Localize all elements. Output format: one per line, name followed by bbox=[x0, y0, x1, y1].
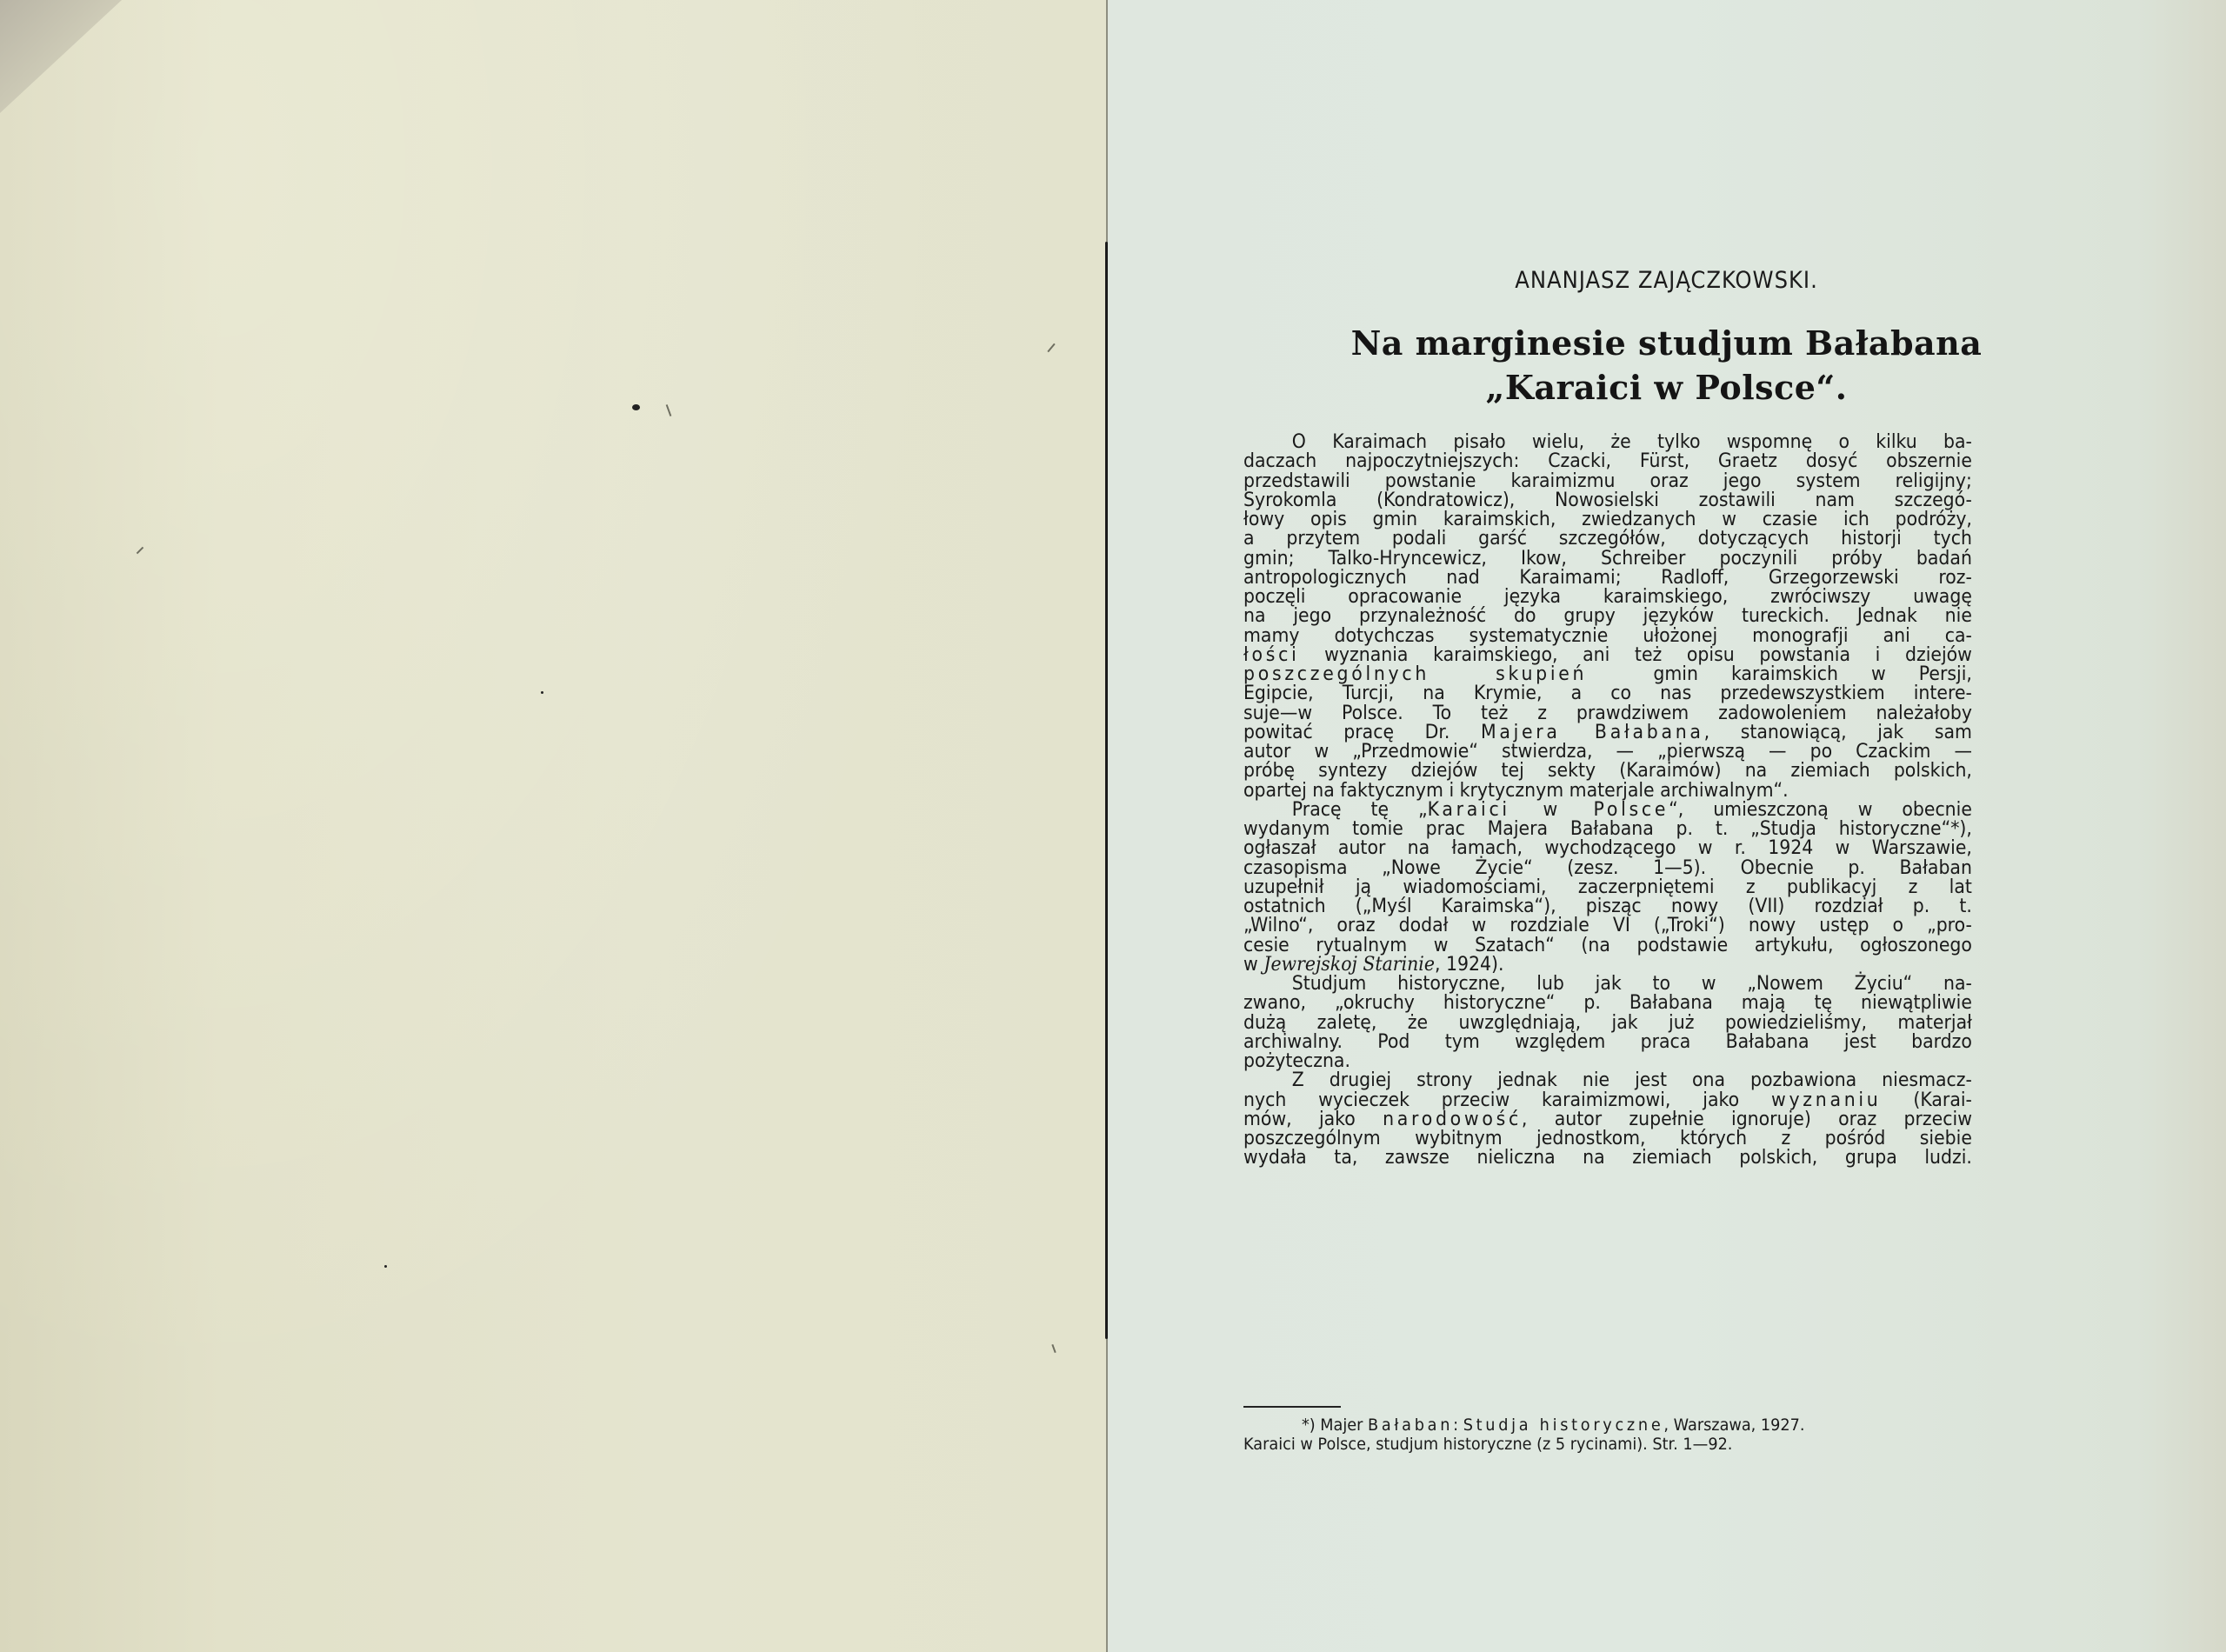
ink-speck bbox=[541, 691, 543, 694]
body-line-rest: , stanowiącą, jak sam bbox=[1704, 722, 1972, 743]
footnote: *) Majer Bałaban: Studja historyczne, Wa… bbox=[1243, 1416, 1921, 1454]
body-line-italic: w Jewrejskoj Starinie, 1924). bbox=[1243, 956, 1972, 975]
body-line-spaced: łości wyznania karaimskiego, ani też opi… bbox=[1243, 646, 1972, 665]
body-line: czasopisma „Nowe Życie“ (zesz. 1—5). Obe… bbox=[1243, 859, 1972, 878]
body-line: antropologicznych nad Karaimami; Radloff… bbox=[1243, 569, 1972, 588]
body-line: ostatnich („Myśl Karaimska“), pisząc now… bbox=[1243, 897, 1972, 916]
footnote-line-1: *) Majer Bałaban: Studja historyczne, Wa… bbox=[1243, 1416, 1921, 1435]
body-line-start: nych wycieczek przeciw karaimizmowi, jak… bbox=[1243, 1089, 1771, 1111]
body-line: na jego przynależność do grupy języków t… bbox=[1243, 607, 1972, 626]
paper-scratch bbox=[137, 547, 143, 554]
footnote-rest: , Warszawa, 1927. bbox=[1663, 1416, 1804, 1435]
body-line: próbę syntezy dziejów tej sekty (Karaimó… bbox=[1243, 762, 1972, 781]
body-line: mamy dotychczas systematycznie ułożonej … bbox=[1243, 627, 1972, 646]
emphasis-spaced: skupień bbox=[1496, 663, 1587, 685]
folded-corner-shadow bbox=[0, 0, 122, 113]
footnote-separator-tail bbox=[1329, 1406, 1334, 1408]
body-line: opartej na faktycznym i krytycznym mater… bbox=[1243, 782, 1972, 801]
body-line: przedstawili powstanie karaimizmu oraz j… bbox=[1243, 472, 1972, 491]
article-title-line-1: Na marginesie studjum Bałabana bbox=[1107, 323, 2226, 363]
body-line: wydała ta, zawsze nieliczna na ziemiach … bbox=[1243, 1149, 1972, 1168]
body-line-spaced: Pracę tę „Karaici w Polsce“, umieszczoną… bbox=[1243, 801, 1972, 820]
emphasis-spaced: Bałaban bbox=[1368, 1416, 1453, 1435]
body-line: poczęli opracowanie języka karaimskiego,… bbox=[1243, 588, 1972, 607]
emphasis-spaced: łości bbox=[1243, 644, 1300, 666]
body-line: wydanym tomie prac Majera Bałabana p. t.… bbox=[1243, 820, 1972, 839]
ink-speck bbox=[632, 404, 640, 410]
italic-title: Jewrejskoj Starinie bbox=[1263, 954, 1435, 976]
footnote-separator bbox=[1243, 1406, 1341, 1408]
paper-scratch bbox=[666, 404, 672, 416]
body-line: autor w „Przedmowie“ stwierdza, — „pierw… bbox=[1243, 743, 1972, 762]
body-line: poszczególnym wybitnym jednostkom, który… bbox=[1243, 1129, 1972, 1149]
body-line: Studjum historyczne, lub jak to w „Nowem… bbox=[1243, 975, 1972, 994]
body-line-spaced: powitać pracę Dr. Majera Bałabana, stano… bbox=[1243, 723, 1972, 743]
body-line: archiwalny. Pod tym względem praca Bałab… bbox=[1243, 1033, 1972, 1052]
body-line-start: w bbox=[1243, 954, 1263, 976]
body-line-rest: , 1924). bbox=[1435, 954, 1504, 976]
article-author: ANANJASZ ZAJĄCZKOWSKI. bbox=[1107, 267, 2226, 294]
footnote-marker: *) Majer bbox=[1302, 1416, 1368, 1435]
body-line-spaced: mów, jako narodowość, autor zupełnie ign… bbox=[1243, 1110, 1972, 1129]
body-line: daczach najpoczytniejszych: Czacki, Fürs… bbox=[1243, 452, 1972, 471]
body-line-rest: (Karai- bbox=[1881, 1089, 1971, 1111]
body-line-rest: “, umieszczoną w obecnie bbox=[1669, 799, 1972, 821]
body-line: a przytem podali garść szczegółów, dotyc… bbox=[1243, 530, 1972, 549]
body-line-rest: , autor zupełnie ignoruje) oraz przeciw bbox=[1522, 1109, 1972, 1130]
left-page-blank bbox=[0, 0, 1107, 1652]
body-line-start: powitać pracę Dr. bbox=[1243, 722, 1481, 743]
body-line-start: Pracę tę „ bbox=[1292, 799, 1428, 821]
body-line: pożyteczna. bbox=[1243, 1052, 1972, 1071]
body-line: Z drugiej strony jednak nie jest ona poz… bbox=[1243, 1071, 1972, 1090]
body-line: dużą zaletę, że uwzględniają, jak już po… bbox=[1243, 1014, 1972, 1033]
body-line: ogłaszał autor na łamach, wychodzącego w… bbox=[1243, 839, 1972, 858]
body-line: O Karaimach pisało wielu, że tylko wspom… bbox=[1243, 433, 1972, 452]
body-line-spaced: poszczególnych skupień gmin karaimskich … bbox=[1243, 665, 1972, 684]
emphasis-spaced: wyznaniu bbox=[1771, 1089, 1881, 1111]
body-line: zwano, „okruchy historyczne“ p. Bałabana… bbox=[1243, 994, 1972, 1013]
body-line-spaced: nych wycieczek przeciw karaimizmowi, jak… bbox=[1243, 1091, 1972, 1110]
body-line: Syrokomla (Kondratowicz), Nowosielski zo… bbox=[1243, 491, 1972, 510]
body-line: cesie rytualnym w Szatach“ (na podstawie… bbox=[1243, 936, 1972, 956]
body-line-start: mów, jako bbox=[1243, 1109, 1383, 1130]
emphasis-spaced: narodowość bbox=[1383, 1109, 1522, 1130]
body-line-rest: wyznania karaimskiego, ani też opisu pow… bbox=[1300, 644, 1972, 666]
ink-speck bbox=[384, 1265, 387, 1268]
body-line: uzupełnił ją wiadomościami, zaczerpnięte… bbox=[1243, 878, 1972, 897]
body-line: łowy opis gmin karaimskich, zwiedzanych … bbox=[1243, 510, 1972, 530]
body-line: „Wilno“, oraz dodał w rozdziale VI („Tro… bbox=[1243, 916, 1972, 936]
body-line: suje—w Polsce. To też z prawdziwem zadow… bbox=[1243, 704, 1972, 723]
footnote-line-2: Karaici w Polsce, studjum historyczne (z… bbox=[1243, 1435, 1921, 1454]
emphasis-spaced: Majera Bałabana bbox=[1481, 722, 1704, 743]
article-body: O Karaimach pisało wielu, że tylko wspom… bbox=[1243, 433, 1921, 1169]
paper-scratch bbox=[1047, 343, 1055, 352]
footnote-colon: : bbox=[1453, 1416, 1463, 1435]
body-line-rest: gmin karaimskich w Persji, bbox=[1587, 663, 1972, 685]
emphasis-spaced: Karaici w Polsce bbox=[1428, 799, 1669, 821]
body-line: Egipcie, Turcji, na Krymie, a co nas prz… bbox=[1243, 684, 1972, 703]
emphasis-spaced: poszczególnych bbox=[1243, 663, 1430, 685]
paper-scratch bbox=[1051, 1344, 1056, 1353]
body-line: gmin; Talko-Hryncewicz, Ikow, Schreiber … bbox=[1243, 550, 1972, 569]
emphasis-spaced: Studja historyczne bbox=[1463, 1416, 1664, 1435]
article-title-line-2: „Karaici w Polsce“. bbox=[1107, 368, 2226, 407]
